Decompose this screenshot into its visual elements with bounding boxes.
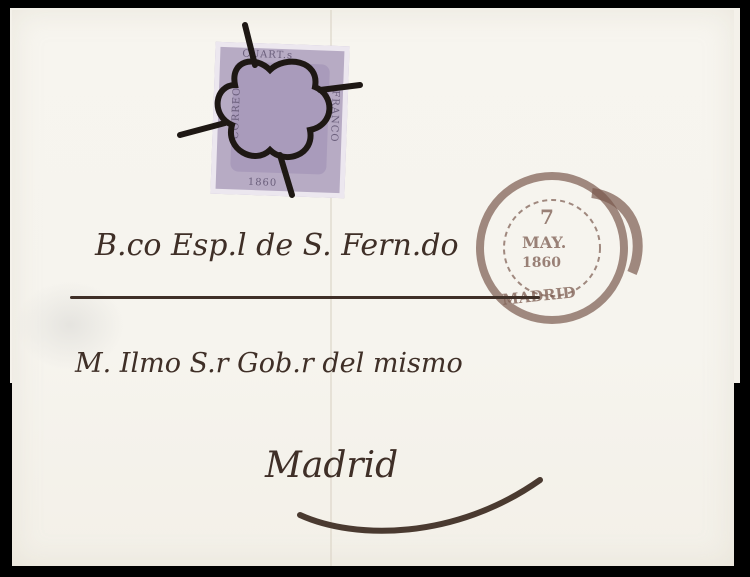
- quatrefoil-cancel-icon: [170, 15, 370, 205]
- postmark-day: 7: [540, 205, 554, 229]
- date-postmark: 7 MAY. 1860 MADRID: [472, 163, 652, 333]
- postmark-month: MAY.: [522, 233, 566, 252]
- address-underline: [70, 296, 540, 299]
- postmark-year: 1860: [522, 255, 561, 271]
- underline-flourish-icon: [295, 465, 555, 545]
- address-line-2: M. Ilmo S.r Gob.r del mismo: [75, 348, 463, 379]
- address-line-1: B.co Esp.l de S. Fern.do: [95, 228, 459, 263]
